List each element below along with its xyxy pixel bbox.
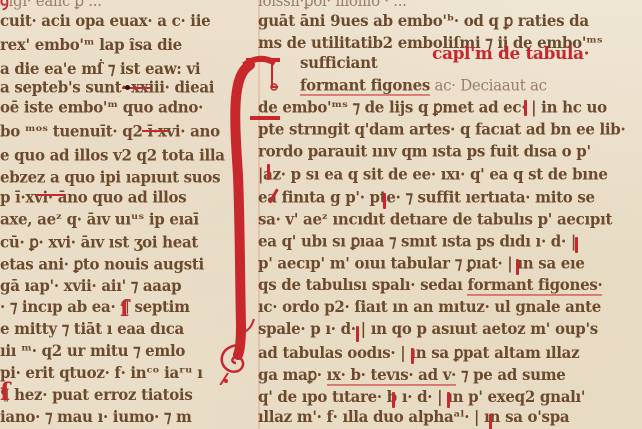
red-paragraph-tick (267, 164, 270, 180)
left-line-16: ıiı ᵐ· q2 ur mitu ⁊ emlo (0, 342, 185, 361)
right-line-16: ad tabulas oodıs· | ın sa ꝑpat altam ıll… (258, 344, 579, 363)
chapter-heading: capl'm de tabula· (432, 44, 589, 64)
red-strike-mark (142, 130, 168, 132)
red-paragraph-tick (575, 237, 578, 253)
left-line-19: iano· ⁊ mau ı· iumo· ⁊ m (0, 408, 192, 427)
left-line-11: cū· ꝑ· xvi· āıv ıst ʒoi heat (0, 233, 198, 252)
left-line-12: etas ani· ꝑto nouis augsti (0, 255, 204, 274)
right-line-12: p' aecıp' m' oıuı tabular ⁊ ꝑıat· | ın s… (258, 254, 585, 273)
left-line-7: e quo ad illos v2 q2 tota illa (0, 146, 225, 165)
right-line-6: pte strıngit q'dam artes· q facıat ad bn… (258, 120, 625, 139)
left-line-18: ¶ hez· puat erroz tiatois (0, 386, 192, 405)
red-paragraph-tick (524, 100, 527, 116)
right-line-14: ıc· ordo p2· ſiaıt ın an mıtuz· ul gnale… (258, 298, 601, 317)
left-line-10: axe, aeᶻ q· āıv uıᵘˢ ip eıaī (0, 210, 199, 229)
left-line-8: ebzez a quo ipi ıapıuıt suos (0, 168, 220, 187)
left-line-4: a septeb's sunt· xxiii· dieai (0, 78, 214, 97)
right-line-19: ıllaz m'· f· ılla duo alphaᵃˡ· | ın sa o… (258, 408, 569, 427)
right-line-17: ga maꝑ· ıx· b· tevıs· ad v· ⁊ pe ad sume (258, 366, 566, 385)
red-paragraph-tick (383, 193, 386, 209)
paragraph-mark-icon: ſ (120, 298, 129, 320)
red-paragraph-tick (392, 392, 395, 408)
right-line-1: guāt āni 9ues ab embo'ᵇ· od q ꝑ raties d… (258, 12, 589, 31)
paragraph-mark-icon: ſ (0, 380, 10, 404)
right-line-10: sa· v' aeᶻ ıncıdıt detıare de tabulıs p'… (258, 210, 612, 229)
right-line-0: ıoıssıı·ꝑoı· ıııoıılo · ... (258, 0, 407, 10)
right-line-15: spale· p ı· d· | ın qo p asıuıt aetoz m'… (258, 320, 598, 339)
left-line-17: pi· erit qtuoz· f· inᶜᵒ iaʳᵘ ı (0, 364, 203, 383)
left-line-6: bo ᵐᵒˢ tuenuīt· q2 ī·xvi· ano (0, 122, 220, 141)
underlined-phrase: ıx· b· tevıs· ad v· (327, 366, 456, 386)
right-line-3: sufficiant (300, 54, 377, 73)
left-line-1: cuit· aciı opa euax· a c· iie (0, 12, 210, 31)
right-line-7: rordo parauit ıııv qm ısta ps fuit dısa … (258, 142, 591, 161)
left-line-2: rex' embo'ᵐ lap ȋsa die (0, 36, 182, 55)
right-line-9: ea finıta g p'· pte· ⁊ suffit ıertıata· … (258, 188, 595, 207)
red-paragraph-tick (356, 326, 359, 342)
ink-blot (125, 85, 130, 90)
underlined-phrase: formant figones· (467, 276, 602, 296)
right-line-18: q' de ıpo tıtare· b ı· d· | ın p' exeq2 … (258, 388, 585, 407)
underlined-phrase: formant figones (300, 76, 430, 96)
left-line-3: a die ea'e mẛ ⁊ ist eaw: vi (0, 60, 200, 79)
right-line-13: qs de tabulısı spalı· sedaı formant figo… (258, 276, 602, 295)
left-line-15: e mitty ⁊ tiāt ı eaa dıca (0, 320, 184, 339)
right-line-11: ea q' ubı sı ꝑıaa ⁊ smıt ısta ps dıdı ı·… (258, 232, 576, 251)
column-rule (258, 0, 260, 429)
left-line-14: · ⁊ incıp ab ea· ¶ septim (0, 298, 190, 317)
left-line-9: p ī·xvi· āno quo ad illos (0, 188, 186, 207)
left-line-13: gā ıap'· xvii· aiı' ⁊ aaap (0, 277, 181, 296)
red-paragraph-tick (516, 259, 519, 275)
left-line-5: oē iste embo'ᵐ quo adno· (0, 98, 203, 117)
red-strike-mark (36, 194, 66, 196)
manuscript-page: ꝯıgı· ealıc ꝑ ... cuit· aciı opa euax· a… (0, 0, 642, 429)
left-line-0: ꝯıgı· ealıc ꝑ ... (0, 0, 102, 10)
red-paragraph-tick (447, 392, 450, 408)
red-paragraph-tick (489, 414, 492, 429)
right-line-5: de embo'ᵐˢ ⁊ de lijs q ꝑmet ad ec· | in … (258, 98, 607, 117)
red-paragraph-tick (411, 348, 414, 364)
right-line-8: |az· p sı ea q sit de ee· ıxı· q' ea q s… (258, 165, 608, 184)
right-line-4: formant figones ac· Deciaaut ac (300, 76, 547, 95)
